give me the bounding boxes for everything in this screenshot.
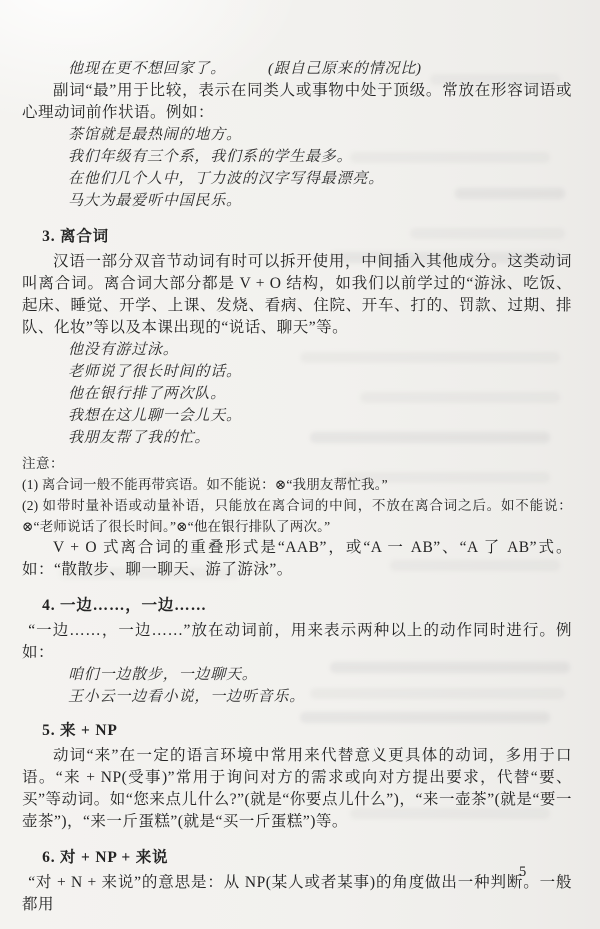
example-sentence: 马大为最爱听中国民乐。: [22, 190, 572, 212]
example-sentence: 王小云一边看小说，一边听音乐。: [22, 686, 572, 708]
example-annotation: (跟自己原来的情况比): [268, 58, 422, 80]
example-sentence: 在他们几个人中，丁力波的汉字写得最漂亮。: [22, 168, 572, 190]
example-sentence: 老师说了很长时间的话。: [22, 361, 572, 383]
example-sentence: 他在银行排了两次队。: [22, 383, 572, 405]
paragraph-lai-np: 动词“来”在一定的语言环境中常用来代替意义更具体的动词，多用于口语。“来 + N…: [22, 745, 572, 833]
note-item-2: (2) 如带时量补语或动量补语，只能放在离合词的中间，不放在离合词之后。如不能说…: [22, 495, 572, 537]
example-sentence: 我们年级有三个系，我们系的学生最多。: [22, 146, 572, 168]
example-sentence: 我想在这儿聊一会儿天。: [22, 405, 572, 427]
example-sentence: 茶馆就是最热闹的地方。: [22, 124, 572, 146]
scanned-textbook-page: 他现在更不想回家了。 (跟自己原来的情况比) 副词“最”用于比较，表示在同类人或…: [0, 0, 600, 929]
note-label: 注意：: [22, 454, 572, 474]
section-heading-dui-np-laishuo: 6. 对 + NP + 来说: [22, 846, 572, 870]
paragraph-adverb-zui: 副词“最”用于比较，表示在同类人或事物中处于顶级。常放在形容词语或心理动词前作状…: [22, 80, 572, 124]
example-sentence: 他现在更不想回家了。: [22, 58, 226, 80]
example-sentence: 我朋友帮了我的忙。: [22, 427, 572, 449]
section-heading-liheci: 3. 离合词: [22, 225, 572, 249]
note-item-1: (1) 离合词一般不能再带宾语。如不能说：⊗“我朋友帮忙我。”: [22, 474, 572, 495]
example-line-with-note: 他现在更不想回家了。 (跟自己原来的情况比): [22, 58, 572, 80]
paragraph-liheci: 汉语一部分双音节动词有时可以拆开使用，中间插入其他成分。这类动词叫离合词。离合词…: [22, 251, 572, 339]
example-sentence: 他没有游过泳。: [22, 339, 572, 361]
section-heading-yibian: 4. 一边……，一边……: [22, 594, 572, 618]
paragraph-reduplication: V + O 式离合词的重叠形式是“AAB”，或“A 一 AB”、“A 了 AB”…: [22, 537, 572, 581]
paragraph-dui-np-laishuo: “对 + N + 来说”的意思是：从 NP(某人或者某事)的角度做出一种判断。一…: [22, 872, 572, 916]
section-heading-lai-np: 5. 来 + NP: [22, 719, 572, 743]
page-content: 他现在更不想回家了。 (跟自己原来的情况比) 副词“最”用于比较，表示在同类人或…: [22, 58, 572, 916]
page-number: 5: [519, 864, 526, 881]
paragraph-yibian: “一边……，一边……”放在动词前，用来表示两种以上的动作同时进行。例如：: [22, 620, 572, 664]
example-sentence: 咱们一边散步，一边聊天。: [22, 664, 572, 686]
